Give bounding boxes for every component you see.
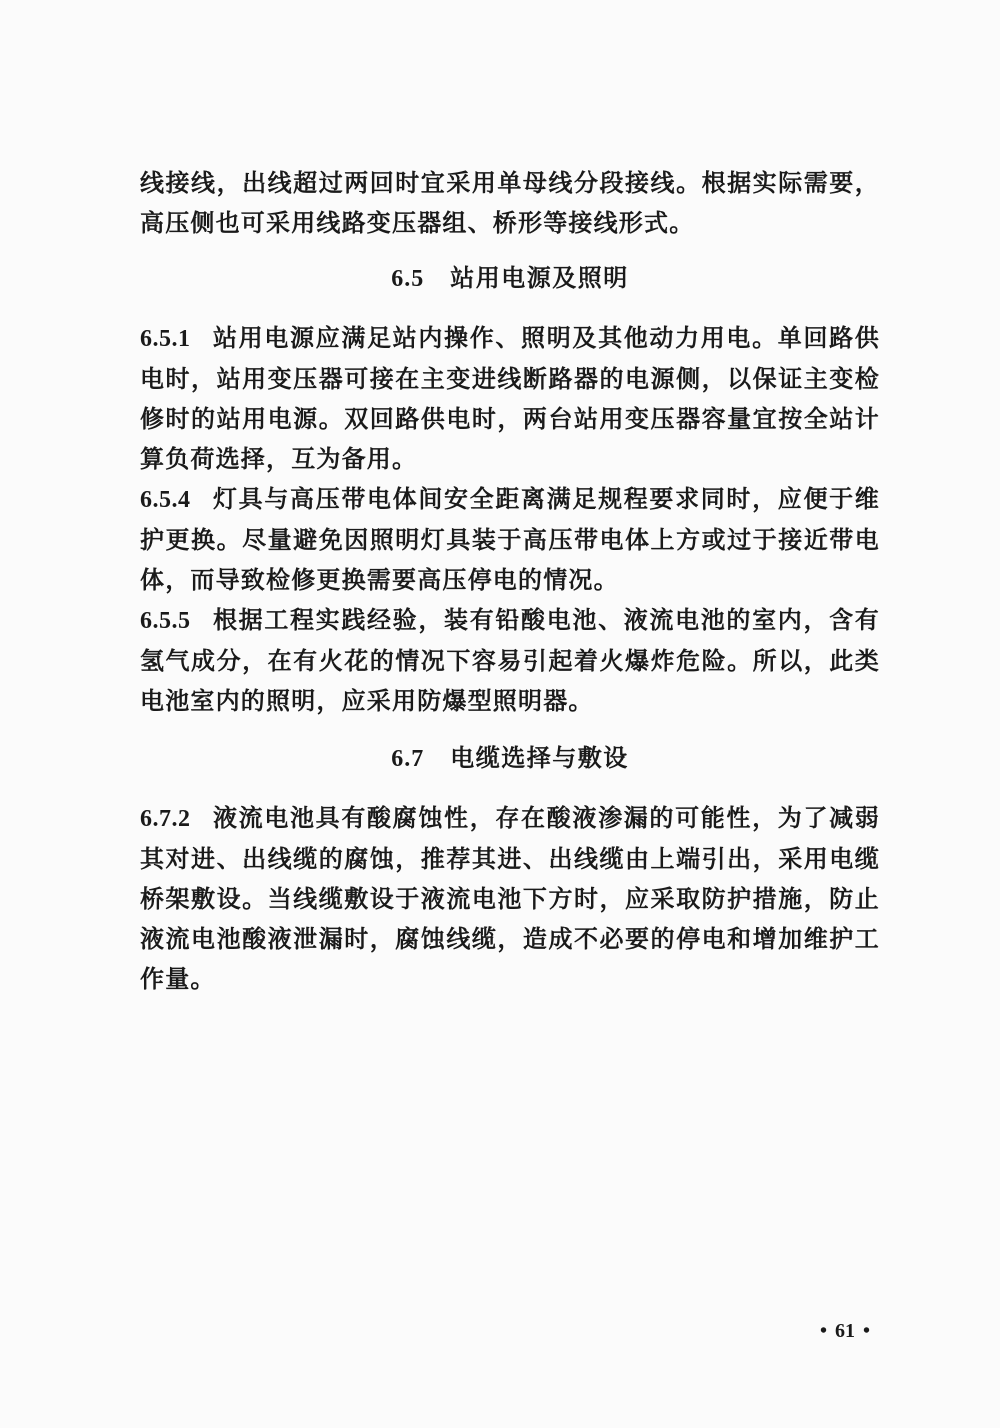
- clause-6-5-1: 6.5.1站用电源应满足站内操作、照明及其他动力用电。单回路供电时，站用变压器可…: [140, 318, 880, 479]
- clause-text: 液流电池具有酸腐蚀性，存在酸液渗漏的可能性，为了减弱其对进、出线缆的腐蚀，推荐其…: [140, 803, 880, 993]
- section-6-7-body: 6.7.2液流电池具有酸腐蚀性，存在酸液渗漏的可能性，为了减弱其对进、出线缆的腐…: [140, 798, 880, 999]
- section-title: 站用电源及照明: [450, 264, 629, 292]
- section-6-5-body: 6.5.1站用电源应满足站内操作、照明及其他动力用电。单回路供电时，站用变压器可…: [140, 318, 880, 721]
- clause-6-5-5: 6.5.5根据工程实践经验，装有铅酸电池、液流电池的室内，含有氢气成分，在有火花…: [140, 600, 880, 721]
- section-number: 6.5: [391, 266, 424, 292]
- bullet-icon: •: [863, 1320, 870, 1342]
- clause-6-7-2: 6.7.2液流电池具有酸腐蚀性，存在酸液渗漏的可能性，为了减弱其对进、出线缆的腐…: [140, 798, 880, 999]
- clause-text: 站用电源应满足站内操作、照明及其他动力用电。单回路供电时，站用变压器可接在主变进…: [140, 323, 880, 473]
- page-number-value: 61: [835, 1320, 855, 1342]
- section-heading-6-7: 6.7电缆选择与敷设: [140, 738, 880, 779]
- page-number: •61•: [812, 1318, 878, 1344]
- clause-number: 6.5.5: [140, 608, 191, 634]
- clause-number: 6.5.1: [140, 326, 191, 352]
- clause-text: 根据工程实践经验，装有铅酸电池、液流电池的室内，含有氢气成分，在有火花的情况下容…: [140, 605, 880, 715]
- continuation-paragraph: 线接线，出线超过两回时宜采用单母线分段接线。根据实际需要，高压侧也可采用线路变压…: [140, 163, 880, 243]
- paragraph-text: 线接线，出线超过两回时宜采用单母线分段接线。根据实际需要，高压侧也可采用线路变压…: [140, 163, 880, 243]
- bullet-icon: •: [820, 1320, 827, 1342]
- clause-number: 6.5.4: [140, 487, 191, 513]
- section-title: 电缆选择与敷设: [450, 744, 629, 772]
- clause-number: 6.7.2: [140, 806, 191, 832]
- document-page: 线接线，出线超过两回时宜采用单母线分段接线。根据实际需要，高压侧也可采用线路变压…: [0, 0, 1000, 1428]
- clause-text: 灯具与高压带电体间安全距离满足规程要求同时，应便于维护更换。尽量避免因照明灯具装…: [140, 484, 880, 594]
- clause-6-5-4: 6.5.4灯具与高压带电体间安全距离满足规程要求同时，应便于维护更换。尽量避免因…: [140, 479, 880, 600]
- section-number: 6.7: [391, 746, 424, 772]
- section-heading-6-5: 6.5站用电源及照明: [140, 258, 880, 299]
